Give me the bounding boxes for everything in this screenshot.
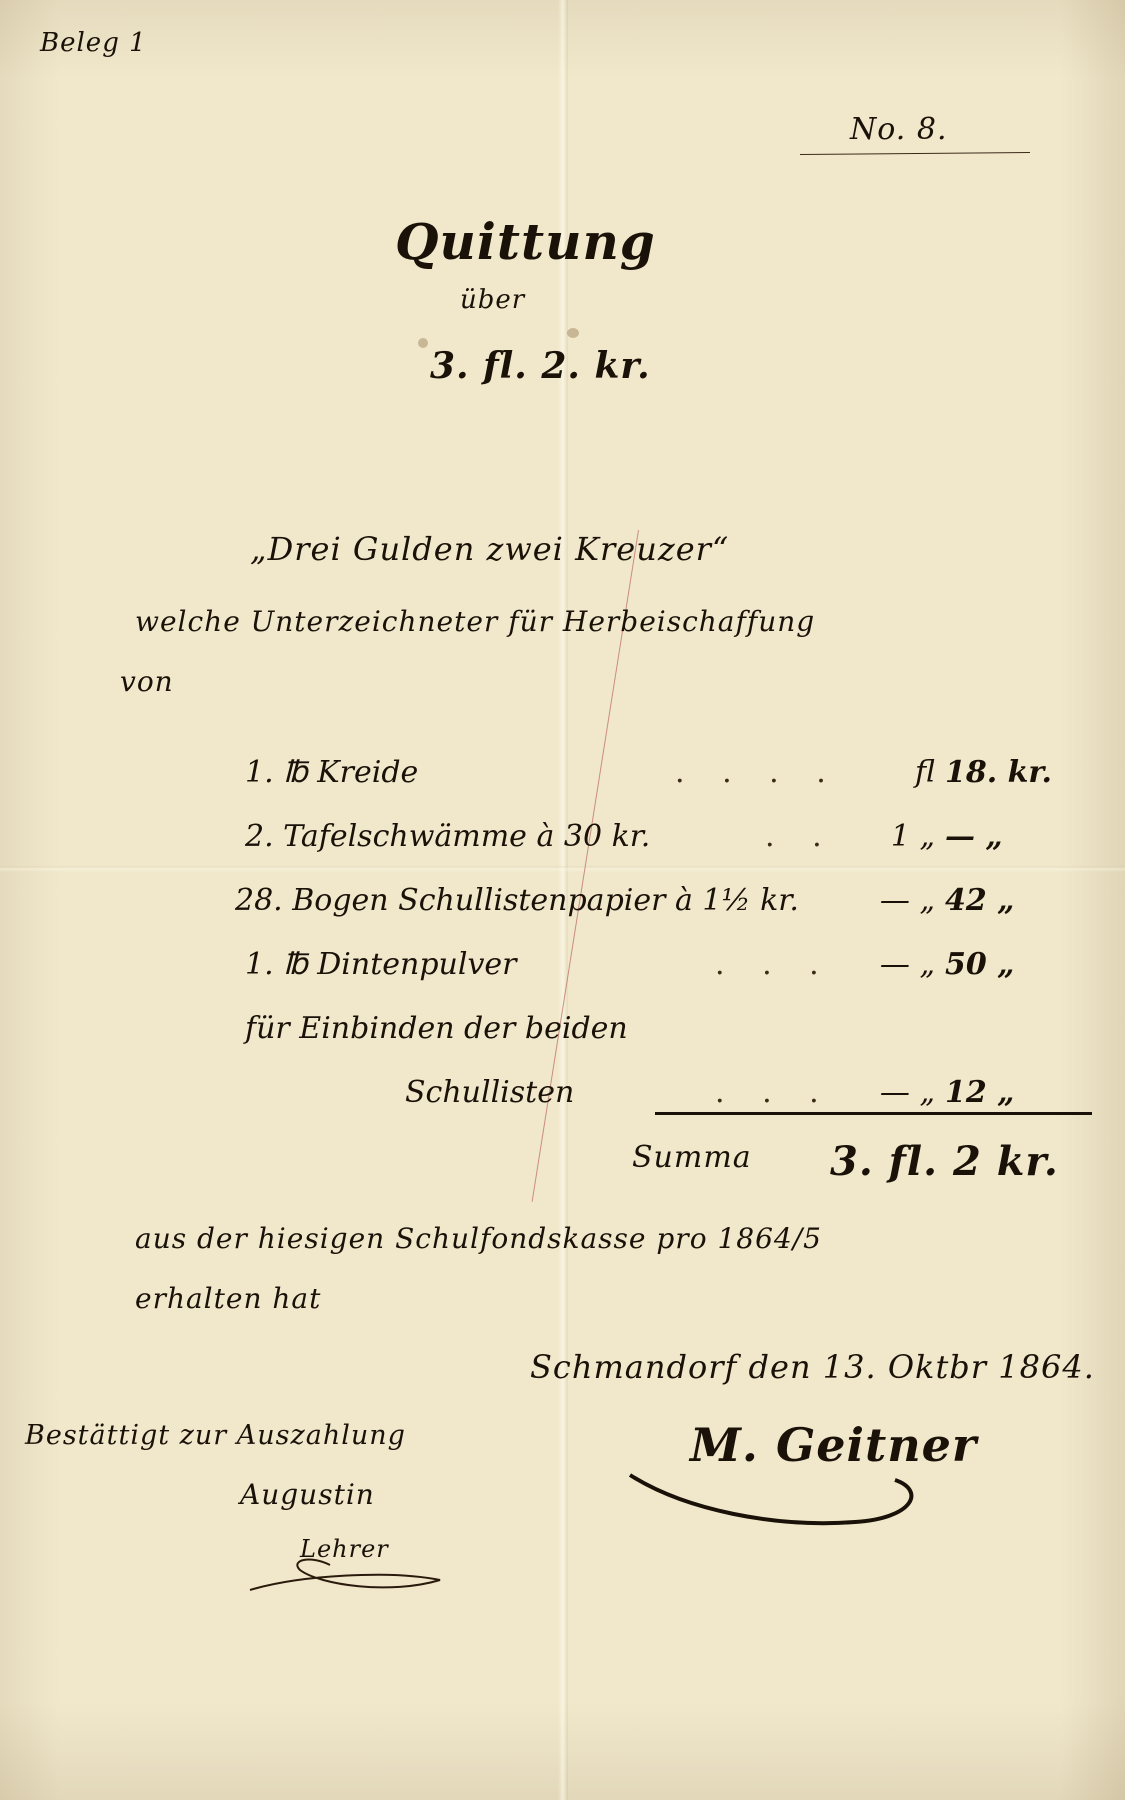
item-gulden: 1 „: [865, 819, 935, 854]
item-kreuzer: — „: [945, 819, 1055, 854]
signature: M. Geitner: [690, 1418, 977, 1472]
paper-stain: [418, 338, 428, 348]
summa-label: Summa: [632, 1140, 752, 1175]
item-kreuzer: 50 „: [945, 947, 1055, 982]
item-description: 1. ℔ Dintenpulver: [245, 947, 517, 982]
summa-value: 3. fl. 2 kr.: [830, 1138, 1059, 1185]
item-gulden: — „: [865, 1075, 935, 1110]
document-title: Quittung: [395, 212, 656, 271]
item-description: 2. Tafelschwämme à 30 kr.: [245, 819, 650, 854]
item-description: 1. ℔ Kreide: [245, 755, 418, 790]
source-fund-line: aus der hiesigen Schulfondskasse pro 186…: [135, 1222, 822, 1255]
item-description: 28. Bogen Schullistenpapier à 1½ kr.: [235, 883, 799, 918]
leader-dots: . . . .: [675, 755, 840, 790]
item-gulden: fl: [865, 755, 935, 790]
paper-stain: [567, 328, 579, 338]
item-row: 2. Tafelschwämme à 30 kr. . . 1 „ — „: [245, 819, 1075, 883]
leader-dots: . . .: [715, 1075, 833, 1110]
item-kreuzer: 42 „: [945, 883, 1055, 918]
approval-text: Bestättigt zur Auszahlung: [25, 1420, 406, 1451]
item-row: 1. ℔ Dintenpulver . . . — „ 50 „: [245, 947, 1075, 1011]
item-description: Schullisten: [405, 1075, 574, 1110]
body-line-2: von: [120, 665, 174, 698]
body-line-1: welche Unterzeichneter für Herbeischaffu…: [135, 605, 815, 638]
number-underline: [800, 152, 1030, 155]
signature-flourish-icon: [625, 1470, 945, 1530]
document-number: No. 8.: [850, 112, 947, 147]
title-over: über: [460, 285, 525, 315]
item-description: für Einbinden der beiden: [245, 1011, 628, 1046]
item-kreuzer: 12 „: [945, 1075, 1055, 1110]
item-gulden: — „: [865, 883, 935, 918]
approver-name: Augustin: [240, 1478, 375, 1511]
item-row: Schullisten . . . — „ 12 „: [245, 1075, 1075, 1139]
item-gulden: — „: [865, 947, 935, 982]
leader-dots: . .: [765, 819, 836, 854]
corner-note: Beleg 1: [40, 28, 147, 58]
sum-rule: [655, 1112, 1092, 1115]
amount-in-words: „Drei Gulden zwei Kreuzer“: [250, 530, 729, 568]
approver-flourish-icon: [240, 1545, 450, 1605]
item-row: 1. ℔ Kreide . . . . fl 18. kr.: [245, 755, 1075, 819]
item-row: 28. Bogen Schullistenpapier à 1½ kr. — „…: [245, 883, 1075, 947]
item-kreuzer: 18. kr.: [945, 755, 1055, 790]
received-line: erhalten hat: [135, 1282, 321, 1315]
item-list: 1. ℔ Kreide . . . . fl 18. kr. 2. Tafels…: [245, 755, 1075, 1139]
receipt-document: Beleg 1 No. 8. Quittung über 3. fl. 2. k…: [0, 0, 1125, 1800]
leader-dots: . . .: [715, 947, 833, 982]
item-row: für Einbinden der beiden: [245, 1011, 1075, 1075]
place-and-date: Schmandorf den 13. Oktbr 1864.: [530, 1348, 1095, 1386]
amount-heading: 3. fl. 2. kr.: [430, 345, 651, 387]
